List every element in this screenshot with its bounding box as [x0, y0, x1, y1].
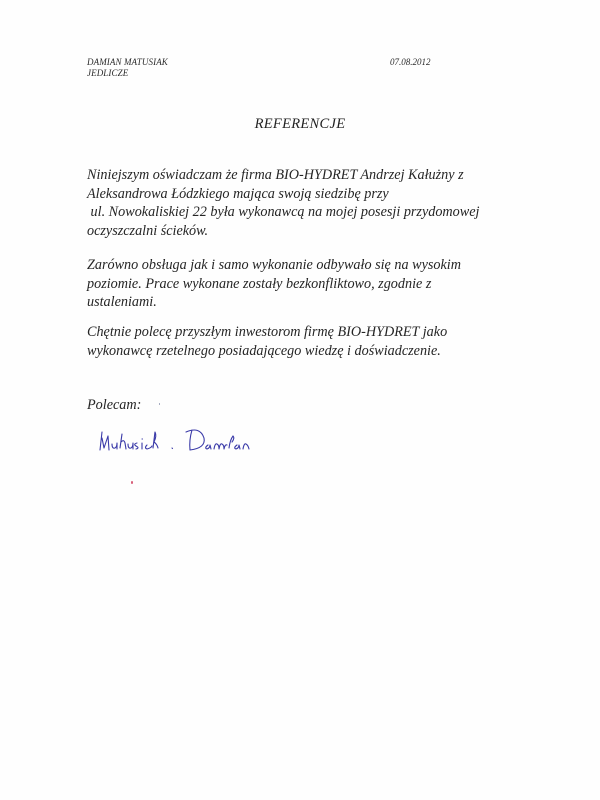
sender-town: JEDLICZE: [87, 68, 168, 79]
document-page: DAMIAN MATUSIAK JEDLICZE 07.08.2012 REFE…: [0, 0, 600, 800]
document-title: REFERENCJE: [0, 116, 600, 133]
paragraph-line: Zarówno obsługa jak i samo wykonanie odb…: [87, 256, 527, 275]
signature-ink-icon: [92, 418, 292, 460]
paragraph-line: Chętnie polecę przyszłym inwestorom firm…: [87, 323, 527, 342]
document-date: 07.08.2012: [390, 57, 431, 67]
ink-speck: [131, 481, 133, 484]
paragraph-1: Niniejszym oświadczam że firma BIO-HYDRE…: [87, 166, 527, 240]
paragraph-line: poziomie. Prace wykonane zostały bezkonf…: [87, 275, 527, 294]
handwritten-signature: [92, 418, 292, 460]
ink-speck: [159, 403, 160, 405]
paragraph-line: oczyszczalni ścieków.: [87, 222, 527, 241]
sender-name: DAMIAN MATUSIAK: [87, 57, 168, 68]
paragraph-line: Aleksandrowa Łódzkiego mająca swoją sied…: [87, 185, 527, 204]
sender-block: DAMIAN MATUSIAK JEDLICZE: [87, 57, 168, 79]
paragraph-line: ul. Nowokaliskiej 22 była wykonawcą na m…: [87, 203, 527, 222]
closing-text: Polecam:: [87, 397, 141, 414]
paragraph-line: Niniejszym oświadczam że firma BIO-HYDRE…: [87, 166, 527, 185]
paragraph-2: Zarówno obsługa jak i samo wykonanie odb…: [87, 256, 527, 312]
paragraph-line: wykonawcę rzetelnego posiadającego wiedz…: [87, 342, 527, 361]
paragraph-3: Chętnie polecę przyszłym inwestorom firm…: [87, 323, 527, 360]
paragraph-line: ustaleniami.: [87, 293, 527, 312]
